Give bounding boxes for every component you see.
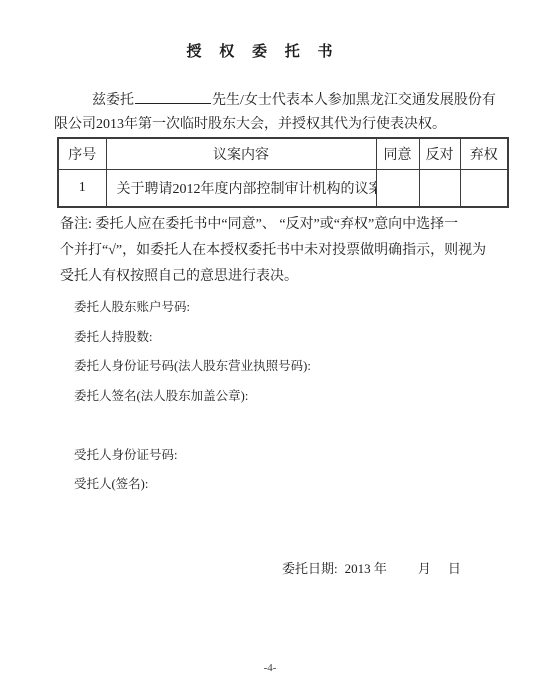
principal-shareholding-label: 委托人持股数: <box>74 327 152 345</box>
intro-suffix: 先生/女士代表本人参加黑龙江交通发展股份有 <box>212 93 496 108</box>
proposal-row: 1 关于聘请2012年度内部控制审计机构的议案 <box>58 170 508 208</box>
date-year: 2013 年 <box>345 561 387 576</box>
principal-name-blank <box>135 89 211 104</box>
cell-vote-agree <box>376 170 419 208</box>
proxy-form-page: 授 权 委 托 书 兹委托先生/女士代表本人参加黑龙江交通发展股份有 限公司20… <box>0 0 554 696</box>
date-month: 月 <box>418 561 431 576</box>
intro-prefix: 兹委托 <box>92 93 134 108</box>
cell-proposal-no: 1 <box>58 170 106 208</box>
trustee-signature-label: 受托人(签名): <box>74 474 148 492</box>
note-line-2: 个并打“√”，如委托人在本授权委托书中未对投票做明确指示，则视为 <box>60 239 486 259</box>
principal-id-number-label: 委托人身份证号码(法人股东营业执照号码): <box>74 356 311 374</box>
date-day: 日 <box>448 561 461 576</box>
page-number: -4- <box>0 662 547 674</box>
col-header-content: 议案内容 <box>106 138 376 170</box>
table-header-row: 序号 议案内容 同意 反对 弃权 <box>58 138 508 170</box>
col-header-oppose: 反对 <box>419 138 460 170</box>
col-header-agree: 同意 <box>376 138 419 170</box>
principal-signature-label: 委托人签名(法人股东加盖公章): <box>74 386 248 404</box>
col-header-no: 序号 <box>58 138 106 170</box>
principal-account-number-label: 委托人股东账户号码: <box>74 297 190 315</box>
date-label: 委托日期: <box>282 561 338 576</box>
trustee-id-number-label: 受托人身份证号码: <box>74 445 177 463</box>
date-line: 委托日期:2013 年月日 <box>282 558 461 577</box>
note-line-1: 备注: 委托人应在委托书中“同意”、 “反对”或“弃权”意向中选择一 <box>60 213 458 233</box>
intro-line-2: 限公司2013年第一次临时股东大会，并授权其代为行使表决权。 <box>54 113 446 133</box>
proposals-table-wrapper: 序号 议案内容 同意 反对 弃权 1 关于聘请2012年度内部控制审计机构的议案 <box>57 137 509 208</box>
cell-vote-oppose <box>419 170 460 208</box>
page-title: 授 权 委 托 书 <box>0 40 540 61</box>
proposals-table: 序号 议案内容 同意 反对 弃权 1 关于聘请2012年度内部控制审计机构的议案 <box>57 137 509 208</box>
intro-line-1: 兹委托先生/女士代表本人参加黑龙江交通发展股份有 <box>92 89 496 109</box>
cell-proposal-content: 关于聘请2012年度内部控制审计机构的议案 <box>106 170 376 208</box>
col-header-abstain: 弃权 <box>460 138 508 170</box>
cell-vote-abstain <box>460 170 508 208</box>
note-line-3: 受托人有权按照自己的意思进行表决。 <box>60 265 298 285</box>
